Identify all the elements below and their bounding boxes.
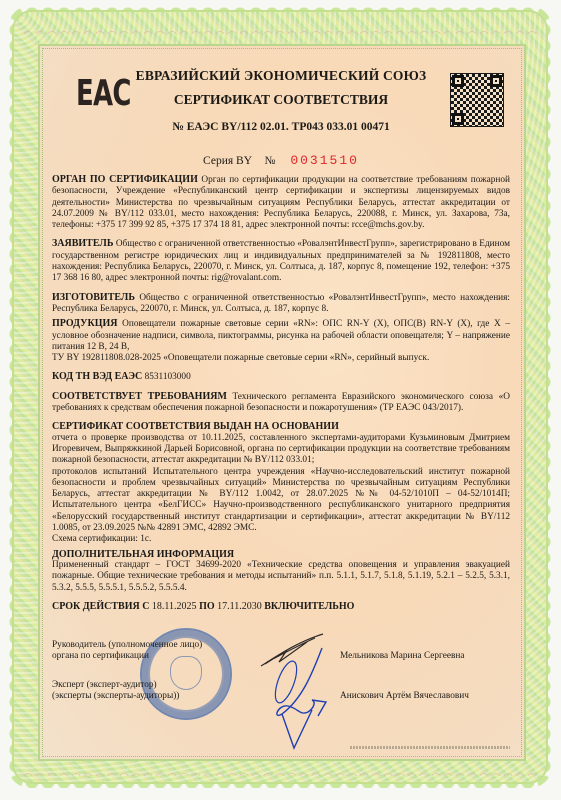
head-label-line-1: Руководитель (уполномоченное лицо) bbox=[52, 640, 202, 651]
series-row: Серия BY № 0031510 bbox=[52, 155, 510, 167]
certificate-header: ЕАС ЕВРАЗИЙСКИЙ ЭКОНОМИЧЕСКИЙ СОЮЗ СЕРТИ… bbox=[52, 52, 510, 174]
decorative-wave-top bbox=[22, 26, 539, 34]
validity-mid: ПО bbox=[199, 601, 215, 612]
validity-from: 18.11.2025 bbox=[152, 601, 197, 612]
printer-fine-print bbox=[350, 746, 510, 749]
section-hs-code: КОД ТН ВЭД ЕАЭС 8531103000 bbox=[52, 371, 510, 383]
section-additional-info: ДОПОЛНИТЕЛЬНАЯ ИНФОРМАЦИЯ Примененный ст… bbox=[52, 549, 510, 594]
validity-suffix: ВКЛЮЧИТЕЛЬНО bbox=[264, 601, 354, 612]
expert-signatory-name: Анискович Артём Вячеславович bbox=[340, 691, 469, 702]
expert-signature-icon bbox=[242, 644, 352, 754]
hs-code-value: 8531103000 bbox=[145, 372, 191, 382]
section-validity: СРОК ДЕЙСТВИЯ С 18.11.2025 ПО 17.11.2030… bbox=[52, 601, 510, 612]
section-label: ДОПОЛНИТЕЛЬНАЯ ИНФОРМАЦИЯ bbox=[52, 549, 510, 560]
qr-code-icon[interactable] bbox=[450, 73, 504, 127]
expert-label-line-2: (эксперты (эксперты-аудиторы)) bbox=[52, 691, 179, 702]
validity-to: 17.11.2030 bbox=[217, 601, 262, 612]
decorative-wave-bottom bbox=[22, 768, 539, 776]
section-label: СООТВЕТСТВУЕТ ТРЕБОВАНИЯМ bbox=[52, 391, 227, 402]
section-text: Примененный стандарт – ГОСТ 34699-2020 «… bbox=[52, 560, 510, 593]
section-certification-body: ОРГАН ПО СЕРТИФИКАЦИИ Орган по сертифика… bbox=[52, 174, 510, 231]
head-signatory-name: Мельникова Марина Сергеевна bbox=[340, 651, 464, 662]
validity-prefix: СРОК ДЕЙСТВИЯ С bbox=[52, 601, 149, 612]
section-product: ПРОДУКЦИЯ Оповещатели пожарные световые … bbox=[52, 318, 510, 353]
section-label: СЕРТИФИКАТ СООТВЕТСТВИЯ ВЫДАН НА ОСНОВАН… bbox=[52, 421, 510, 432]
section-label: КОД ТН ВЭД ЕАЭС bbox=[52, 371, 142, 382]
union-title: ЕВРАЗИЙСКИЙ ЭКОНОМИЧЕСКИЙ СОЮЗ bbox=[52, 70, 510, 81]
expert-signatory-label: Эксперт (эксперт-аудитор) (эксперты (экс… bbox=[52, 680, 179, 702]
section-text: отчета о проверке производства от 10.11.… bbox=[52, 433, 510, 466]
section-label: ПРОДУКЦИЯ bbox=[52, 318, 117, 329]
signature-area: Руководитель (уполномоченное лицо) орган… bbox=[52, 620, 510, 712]
certificate-content: ЕАС ЕВРАЗИЙСКИЙ ЭКОНОМИЧЕСКИЙ СОЮЗ СЕРТИ… bbox=[52, 52, 510, 712]
section-applicant: ЗАЯВИТЕЛЬ Общество с ограниченной ответс… bbox=[52, 238, 510, 284]
section-text: Оповещатели пожарные световые серии «RN»… bbox=[52, 319, 510, 352]
number-sign: № bbox=[264, 155, 275, 167]
certification-scheme: Схема сертификации: 1с. bbox=[52, 534, 510, 545]
section-label: ОРГАН ПО СЕРТИФИКАЦИИ bbox=[52, 174, 198, 185]
expert-label-line-1: Эксперт (эксперт-аудитор) bbox=[52, 680, 179, 691]
head-signatory-label: Руководитель (уполномоченное лицо) орган… bbox=[52, 640, 202, 662]
section-basis: СЕРТИФИКАТ СООТВЕТСТВИЯ ВЫДАН НА ОСНОВАН… bbox=[52, 421, 510, 466]
product-spec: ТУ BY 192811808.028-2025 «Оповещатели по… bbox=[52, 353, 510, 364]
section-text: Общество с ограниченной ответственностью… bbox=[52, 239, 510, 283]
serial-number: 0031510 bbox=[290, 153, 359, 168]
section-conforms: СООТВЕТСТВУЕТ ТРЕБОВАНИЯМ Технического р… bbox=[52, 391, 510, 415]
section-label: ЗАЯВИТЕЛЬ bbox=[52, 238, 113, 249]
section-manufacturer: ИЗГОТОВИТЕЛЬ Общество с ограниченной отв… bbox=[52, 292, 510, 316]
head-label-line-2: органа по сертификации bbox=[52, 651, 202, 662]
document-title: СЕРТИФИКАТ СООТВЕТСТВИЯ bbox=[52, 94, 510, 105]
basis-protocols: протоколов испытаний Испытательного цент… bbox=[52, 467, 510, 535]
certificate-number: № ЕАЭС BY/112 02.01. ТР043 033.01 00471 bbox=[52, 122, 510, 133]
series-label: Серия BY bbox=[203, 155, 252, 167]
section-label: ИЗГОТОВИТЕЛЬ bbox=[52, 292, 135, 303]
